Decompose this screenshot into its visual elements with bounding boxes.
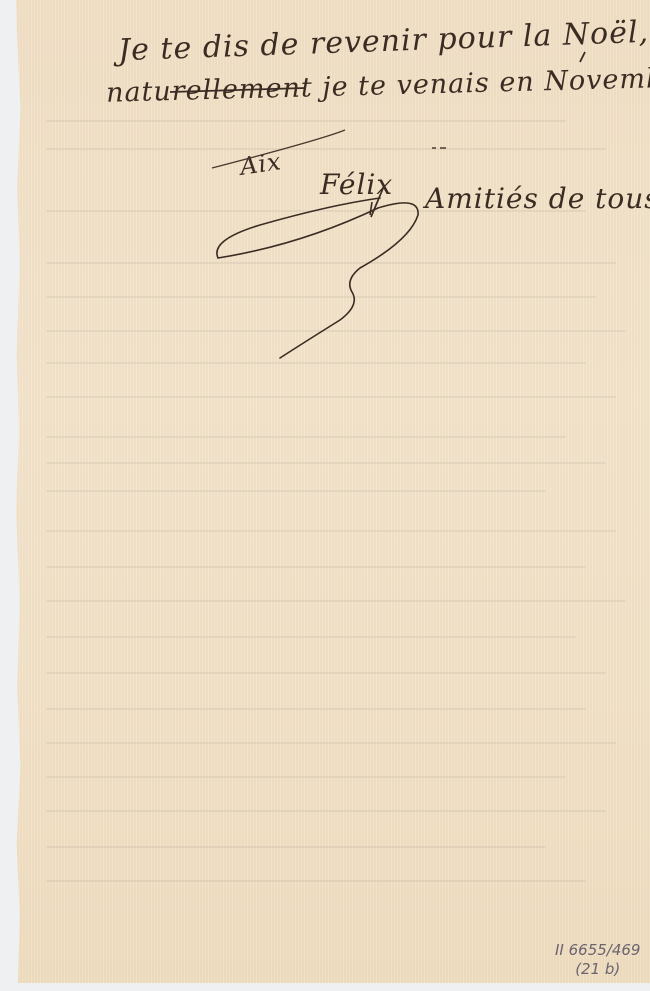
bleed-through-line [46,880,586,882]
folio-number: (21 b) [555,960,640,979]
bleed-through-line [46,148,606,150]
bleed-through-line [46,362,586,364]
bleed-through-line [46,636,576,638]
bleed-through-line [46,776,566,778]
bleed-through-line [46,672,606,674]
bleed-through-line [46,120,566,122]
bleed-through-line [46,396,616,398]
bleed-through-line [46,530,616,532]
scanned-page: Je te dis de revenir pour la Noël, natur… [0,0,650,991]
crossed-out-word: Aix [238,147,283,181]
bleed-through-line [46,600,626,602]
bleed-through-line [46,708,586,710]
bleed-through-line [46,742,616,744]
closing-text: Amitiés de tous [425,182,650,215]
letter-paper [16,0,650,983]
bleed-through-line [46,330,626,332]
bleed-through-line [46,296,596,298]
bleed-through-line [46,810,606,812]
bleed-through-line [46,462,606,464]
closing-name: Félix [320,168,393,201]
bleed-through-line [46,262,616,264]
bleed-through-line [46,846,546,848]
archive-call-number: II 6655/469 (21 b) [555,941,640,979]
bleed-through-line [46,566,586,568]
bleed-through-line [46,436,566,438]
bleed-through-line [46,490,546,492]
call-number: II 6655/469 [555,941,640,960]
